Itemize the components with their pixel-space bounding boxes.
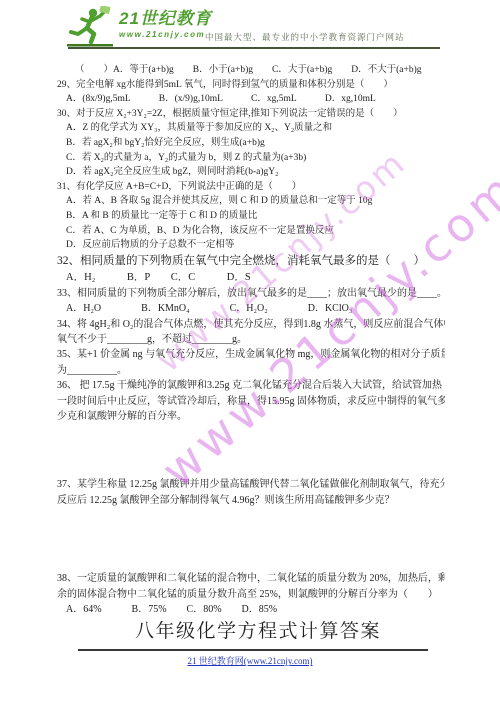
question-line: 37、某学生称量 12.25g 氯酸钾并用少量高锰酸钾代替二氧化锰做催化剂制取氧… (57, 477, 445, 492)
question-line: 31、有化学反应 A+B=C+D，下列说法中正确的是（ ） (57, 180, 445, 195)
question-continuation-line: 氧气不少于________g，不超过________g。 (57, 332, 445, 347)
option-line: A．若 A、B 各取 5g 混合并使其反应，则 C 和 D 的质量总和一定等于 … (57, 194, 445, 209)
option-line: D．若 agX₂完全反应生成 bgZ，则同时消耗(b-a)gY₂ (57, 165, 445, 180)
question-continuation-line: 少克和氯酸钾分解的百分率。 (57, 409, 445, 424)
option-line: A．Z 的化学式为 XY₃，其质量等于参加反应的 X₂、Y₂质量之和 (57, 121, 445, 136)
question-line: 32、相同质量的下列物质在氧气中完全燃烧，消耗氧气最多的是（ ） (57, 253, 445, 270)
logo-title: 21世纪教育 (119, 10, 212, 28)
logo-text-block: 21世纪教育 www.21cnjy.com (119, 10, 212, 39)
footer-site-link[interactable]: 21 世纪教育网(www.21cnjy.com) (0, 654, 500, 667)
logo-url: www.21cnjy.com (119, 30, 212, 39)
document-page: 21世纪教育 www.21cnjy.com 中国最大型、最专业的中小学教育资源门… (0, 0, 500, 705)
question-continuation-line: 反应后 12.25g 氯酸钾全部分解制得氧气 4.96g？则该生所用高锰酸钾多少… (57, 493, 445, 508)
question-line: 35、某+1 价金属 ng 与氧气充分反应，生成金属氧化物 mg，则金属氧化物的… (57, 347, 445, 362)
option-line: A．H₂O B．KMnO₄ C．H₂O₂ D．KClO₃ (57, 301, 445, 316)
question-line: 34、将 4gH₂和 O₂的混合气体点燃，使其充分反应，得到1.8g 水蒸气，则… (57, 317, 445, 332)
option-line: A．(8x/9)g,5mL B．(x/9)g,10mL C．xg,5mL D．x… (57, 92, 445, 107)
footer-divider (78, 649, 428, 651)
option-line: C．若 X₂的式量为 a，Y₂的式量为 b，则 Z 的式量为(a+3b) (57, 151, 445, 166)
runner-logo-icon (66, 6, 114, 48)
header-divider (68, 47, 440, 49)
option-line: C．若 A、C 为单质，B、D 为化合物，该反应不一定是置换反应 (57, 224, 445, 239)
question-continuation-line: 余的固体混合物中二氧化锰的质量分数升高至 25%，则氯酸钾的分解百分率为（ ） (57, 587, 445, 602)
question-line: 30、对于反应 X₂+3Y₂=2Z，根据质量守恒定律,推知下列说法一定错误的是（… (57, 107, 445, 122)
worksheet-body: （ ）A．等于(a+b)g B．小于(a+b)g C．大于(a+b)g D．不大… (0, 50, 500, 644)
answers-title: 八年级化学方程式计算答案 (135, 620, 445, 644)
option-line: A．H₂ B．P C．C D．S (57, 270, 445, 286)
header-tagline: 中国最大型、最专业的中小学教育资源门户网站 (205, 31, 405, 43)
question-continuation-line: 为__________。 (57, 363, 445, 378)
option-line: B．A 和 B 的质量比一定等于 C 和 D 的质量比 (57, 209, 445, 224)
option-line: D．反应前后物质的分子总数不一定相等 (57, 238, 445, 253)
question-line: 38、一定质量的氯酸钾和二氧化锰的混合物中，二氧化锰的质量分数为 20%，加热后… (57, 571, 445, 586)
page-footer: 21 世纪教育网(www.21cnjy.com) (0, 649, 500, 667)
question-line: 29、完全电解 xg水能得到5mL 氧气，同时得到氢气的质量和体积分别是（ ） (57, 78, 445, 93)
question-line: 36、 把 17.5g 干燥纯净的氯酸钾和3.25g 克二氧化锰充分混合后装入大… (57, 378, 445, 393)
logo: 21世纪教育 www.21cnjy.com (66, 6, 212, 48)
question-continuation-line: 一段时间后中止反应，等试管冷却后，称量，得15.95g 固体物质，求反应中制得的… (57, 394, 445, 409)
question-line: 33、相同质量的下列物质全部分解后，放出氧气最多的是____；放出氧气最少的是_… (57, 286, 445, 301)
option-line: B．若 agX₂和 bgY₂恰好完全反应，则生成(a+b)g (57, 136, 445, 151)
site-header: 21世纪教育 www.21cnjy.com 中国最大型、最专业的中小学教育资源门… (0, 0, 500, 50)
option-line: （ ）A．等于(a+b)g B．小于(a+b)g C．大于(a+b)g D．不大… (57, 63, 445, 78)
option-line: A．64% B．75% C．80% D．85% (57, 602, 445, 617)
